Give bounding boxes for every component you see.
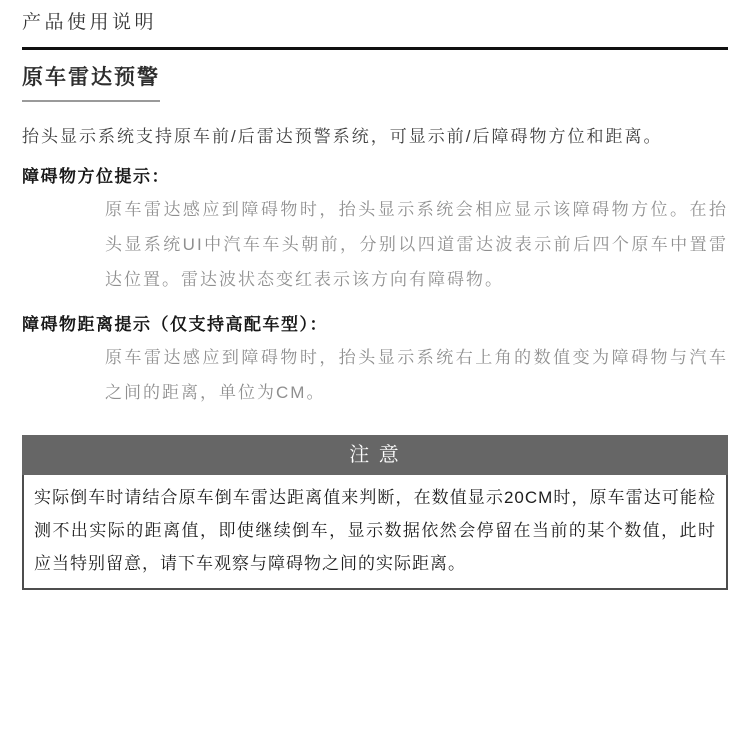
subsection-label-direction: 障碍物方位提示：: [22, 164, 728, 190]
subsection-label-distance: 障碍物距离提示（仅支持高配车型）：: [22, 312, 728, 338]
notice-title: 注 意: [22, 435, 728, 475]
page-title: 产品使用说明: [22, 11, 728, 35]
subsection-body-distance: 原车雷达感应到障碍物时，抬头显示系统右上角的数值变为障碍物与汽车之间的距离，单位…: [105, 340, 728, 410]
notice-box: 注 意 实际倒车时请结合原车倒车雷达距离值来判断，在数值显示20CM时，原车雷达…: [22, 435, 728, 590]
subsection-body-direction: 原车雷达感应到障碍物时，抬头显示系统会相应显示该障碍物方位。在抬头显系统UI中汽…: [105, 192, 728, 297]
section-intro: 抬头显示系统支持原车前/后雷达预警系统，可显示前/后障碍物方位和距离。: [22, 124, 728, 149]
page-header: 产品使用说明: [22, 11, 728, 50]
notice-body-text: 实际倒车时请结合原车倒车雷达距离值来判断，在数值显示20CM时，原车雷达可能检测…: [22, 475, 728, 590]
manual-page: 产品使用说明 原车雷达预警 抬头显示系统支持原车前/后雷达预警系统，可显示前/后…: [0, 0, 750, 731]
section-heading: 原车雷达预警: [22, 65, 160, 102]
radar-warning-section: 原车雷达预警 抬头显示系统支持原车前/后雷达预警系统，可显示前/后障碍物方位和距…: [22, 50, 728, 410]
